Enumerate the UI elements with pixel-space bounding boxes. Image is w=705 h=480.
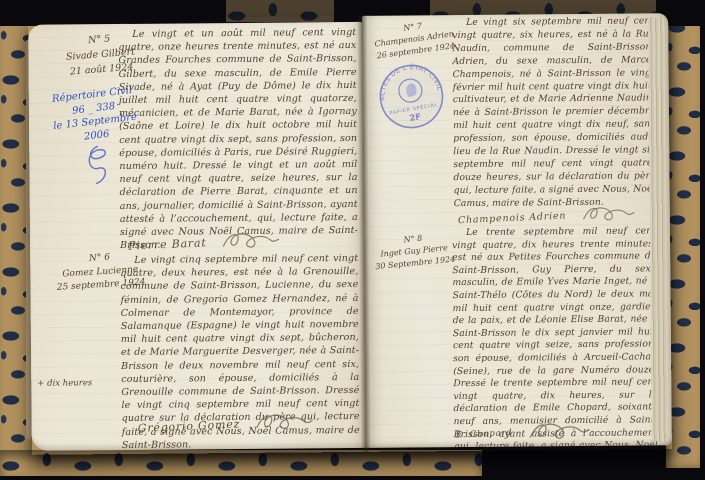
entry5-body: Le vingt et un août mil neuf cent vingt … xyxy=(118,26,358,253)
entry8-signature: E. Chopard xyxy=(456,428,513,440)
entry8-body: Le trente septembre mil neuf cent vingt … xyxy=(452,225,658,448)
blue-flourish-icon xyxy=(79,142,122,188)
entry8-margin: N° 8 Inget Guy Pierre 30 Septembre 1924 xyxy=(363,229,466,274)
stamp-icon: ACTES DE L’ÉTAT CIVIL PAPIER SPÉCIAL 2F xyxy=(371,56,453,138)
page-left: N° 5 Sivade Gilbert 21 août 1924 Réperto… xyxy=(28,22,366,451)
mayor-paraph-icon xyxy=(580,202,639,225)
entry7-body: Le vingt six septembre mil neuf cent vin… xyxy=(452,15,656,210)
etat-civil-stamp: ACTES DE L’ÉTAT CIVIL PAPIER SPÉCIAL 2F xyxy=(371,56,453,142)
stamp-line2: 2F xyxy=(409,112,423,124)
entry7-signature: Champenois Adrien xyxy=(458,210,567,226)
open-register-book: N° 5 Sivade Gilbert 21 août 1924 Réperto… xyxy=(28,13,672,455)
mayor-paraph-icon xyxy=(526,418,593,445)
page-right: N° 7 Champenois Adrien 26 septembre 1924… xyxy=(362,13,672,448)
mayor-paraph-icon xyxy=(254,409,317,434)
mayor-paraph-icon xyxy=(220,228,283,253)
register-photo: N° 5 Sivade Gilbert 21 août 1924 Réperto… xyxy=(0,0,705,480)
entry7-margin: N° 7 Champenois Adrien 26 septembre 1924 xyxy=(364,15,464,63)
entry6-signature: Grégorio Gomez xyxy=(137,417,240,434)
entry6-margin-note: + dix heures xyxy=(37,378,117,389)
